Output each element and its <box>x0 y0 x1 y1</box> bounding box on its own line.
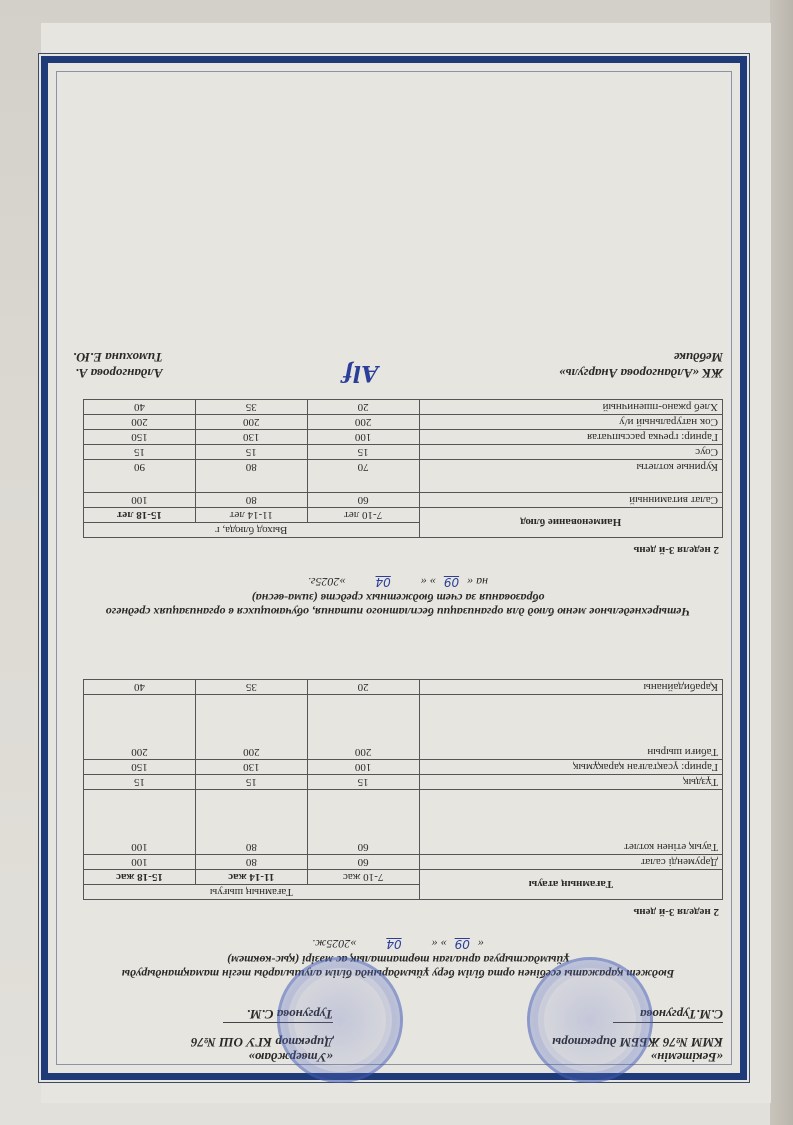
date-day: 09 <box>436 575 467 589</box>
col-header-age: 15-18 лет <box>84 508 196 523</box>
date-day: 09 <box>447 937 478 951</box>
table-row: Тауық етінен котлет6080100 <box>84 790 723 855</box>
col-header-group: Тағамның шығуы <box>84 885 420 900</box>
col-header-name: Наименование блюд <box>419 508 722 538</box>
table-row: Гарнир: гречка рассыпчатая100130150 <box>84 430 723 445</box>
table-row: Салат витаминный6080100 <box>84 493 723 508</box>
table-row: Табиғи шырын200200200 <box>84 695 723 760</box>
document-content: «Бекітемін» КММ №76 ЖББМ директоры С.М.Т… <box>73 349 723 1065</box>
kz-menu-table: Тағамның атауы Тағамның шығуы 7-10 жас 1… <box>83 679 723 900</box>
approval-ru: «Утверждаю» Директор КГУ ОШ №76 Тургунов… <box>73 1007 383 1065</box>
col-header-age: 7-10 жас <box>307 870 419 885</box>
kz-day-label: 2 неделя 3-й день <box>73 906 719 918</box>
col-header-name: Тағамның атауы <box>419 870 722 900</box>
stamp-icon <box>527 957 653 1083</box>
rotated-document: «Бекітемін» КММ №76 ЖББМ директоры С.М.Т… <box>0 0 793 1125</box>
date-month: 04 <box>356 937 431 951</box>
signature-block: ЖК «Алдангорова Анаргуль» Мебдике Alf Ал… <box>73 349 723 381</box>
table-row: Дәрумендi салат6080100 <box>84 855 723 870</box>
table-row: Тұздық151515 <box>84 775 723 790</box>
kz-date: «09» «04»2025ж. <box>73 936 723 951</box>
ru-date: на «09» «04»2025г. <box>73 574 723 589</box>
table-row: Хлеб ржано-пшеничный203540 <box>84 400 723 415</box>
col-header-group: Выход блюда, г <box>84 523 420 538</box>
col-header-age: 11-14 лет <box>195 508 307 523</box>
table-row: Гарнир: үсақталған қарақұмық100130150 <box>84 760 723 775</box>
col-header-age: 7-10 лет <box>307 508 419 523</box>
date-month: 04 <box>346 575 421 589</box>
handwritten-signature: Alf <box>343 349 378 381</box>
signatory-1: Алдангорова А. <box>73 365 163 381</box>
table-row: Соус151515 <box>84 445 723 460</box>
table-row: Сок натуральный и/у200200200 <box>84 415 723 430</box>
ru-day-label: 2 неделя 3-й день <box>73 544 719 556</box>
approval-block: «Бекітемін» КММ №76 ЖББМ директоры С.М.Т… <box>73 1007 723 1065</box>
signatories: Алдангорова А. Тимохина Е.Ю. <box>73 349 163 381</box>
supplier-name: ЖК «Алдангорова Анаргуль» <box>559 365 723 381</box>
table-row: Қарабидайнаны203540 <box>84 680 723 695</box>
supplier-block: ЖК «Алдангорова Анаргуль» Мебдике <box>559 349 723 381</box>
ru-menu-table: Наименование блюд Выход блюда, г 7-10 ле… <box>83 399 723 538</box>
ru-menu-title: Четырехнедельное меню блюд для организац… <box>73 591 723 619</box>
supplier-title: Мебдике <box>559 349 723 365</box>
signatory-2: Тимохина Е.Ю. <box>73 349 163 365</box>
table-row: Куриные котлеты708090 <box>84 460 723 493</box>
col-header-age: 15-18 жас <box>84 870 196 885</box>
stamp-icon <box>277 957 403 1083</box>
col-header-age: 11-14 жас <box>195 870 307 885</box>
approval-kz: «Бекітемін» КММ №76 ЖББМ директоры С.М.Т… <box>463 1007 723 1065</box>
